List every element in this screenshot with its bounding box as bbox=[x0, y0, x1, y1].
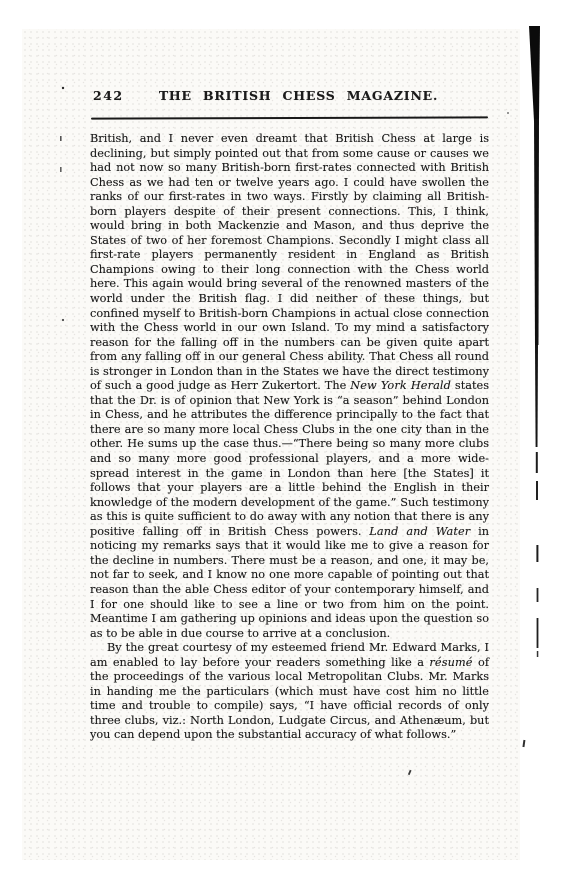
italic-text-run: New York Herald bbox=[350, 379, 451, 392]
binding-bar-artifact bbox=[529, 26, 540, 657]
text-run: British, and I never even dreamt that Br… bbox=[90, 132, 489, 392]
scanned-magazine-page: 242 THE BRITISH CHESS MAGAZINE. British,… bbox=[0, 0, 564, 885]
page-content: 242 THE BRITISH CHESS MAGAZINE. British,… bbox=[90, 88, 489, 105]
paragraph: By the great courtesy of my esteemed fri… bbox=[90, 641, 489, 743]
page-number: 242 bbox=[93, 88, 124, 103]
italic-text-run: Land and Water bbox=[369, 525, 470, 538]
text-run: states that the Dr. is of opinion that N… bbox=[90, 379, 489, 537]
magazine-title: THE BRITISH CHESS MAGAZINE. bbox=[90, 88, 489, 103]
italic-text-run: résumé bbox=[429, 656, 472, 669]
text-run: in noticing my remarks says that it woul… bbox=[90, 525, 489, 640]
paragraph: British, and I never even dreamt that Br… bbox=[90, 132, 489, 641]
page-header: 242 THE BRITISH CHESS MAGAZINE. bbox=[90, 88, 489, 105]
article-body: British, and I never even dreamt that Br… bbox=[90, 132, 489, 743]
